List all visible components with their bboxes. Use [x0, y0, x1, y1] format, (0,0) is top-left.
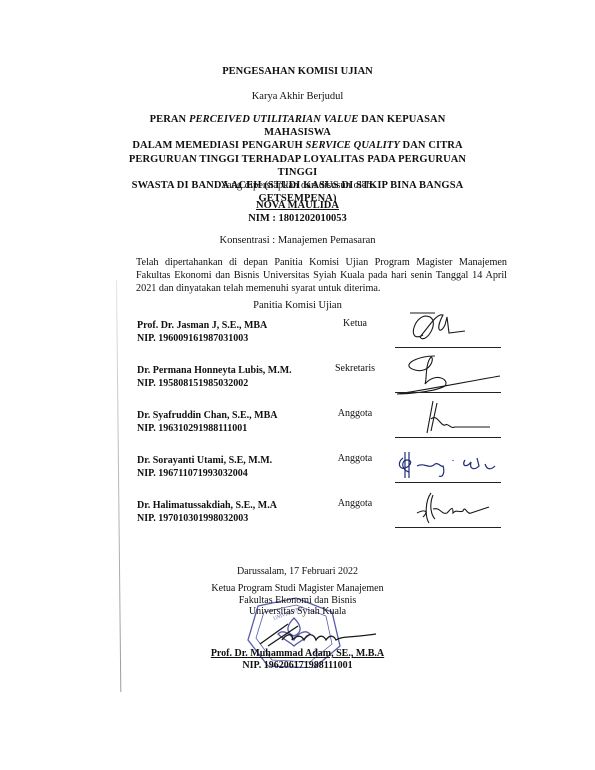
approver-nip: NIP. 196206171988111001 [0, 660, 595, 671]
member-nip: NIP. 196711071993032004 [137, 468, 272, 481]
thesis-title: PERAN PERCEIVED UTILITARIAN VALUE DAN KE… [115, 113, 480, 205]
committee-member: Dr. Syafruddin Chan, S.E., MBA NIP. 1963… [137, 410, 278, 435]
scan-artifact-line [116, 280, 121, 692]
approver-position-line-2: Fakultas Ekonomi dan Bisnis [0, 595, 595, 607]
signature-icon [395, 442, 505, 484]
prepared-by-label: Yang dipersiapkan dan disusun oleh: [0, 180, 595, 191]
page-title: PENGESAHAN KOMISI UJIAN [0, 66, 595, 77]
member-nip: NIP. 197010301998032003 [137, 513, 277, 526]
signature-icon [395, 354, 505, 396]
concentration: Konsentrasi : Manajemen Pemasaran [0, 235, 595, 246]
member-name: Dr. Syafruddin Chan, S.E., MBA [137, 410, 278, 423]
thesis-title-line-1: PERAN PERCEIVED UTILITARIAN VALUE DAN KE… [115, 113, 480, 139]
member-role: Anggota [320, 453, 390, 464]
signature-line [395, 527, 501, 528]
member-nip: NIP. 195808151985032002 [137, 378, 292, 391]
member-role: Sekretaris [320, 363, 390, 374]
signature-line [395, 392, 501, 393]
member-name: Prof. Dr. Jasman J, S.E., MBA [137, 320, 267, 333]
author-name: NOVA MAULIDA [0, 200, 595, 211]
approver-position-line-1: Ketua Program Studi Magister Manajemen [0, 583, 595, 595]
signature-line [395, 482, 501, 483]
page-subtitle: Karya Akhir Berjudul [0, 91, 595, 102]
member-role: Anggota [320, 408, 390, 419]
member-role: Anggota [320, 498, 390, 509]
thesis-title-line-3: PERGURUAN TINGGI TERHADAP LOYALITAS PADA… [115, 153, 480, 179]
author-nim: NIM : 1801202010053 [0, 213, 595, 224]
member-role: Ketua [320, 318, 390, 329]
member-name: Dr. Sorayanti Utami, S.E, M.M. [137, 455, 272, 468]
signature-icon [395, 397, 505, 439]
signature-icon [395, 487, 505, 529]
approval-statement: Telah dipertahankan di depan Panitia Kom… [136, 257, 507, 295]
signature-line [395, 437, 501, 438]
approver-position-line-3: Universitas Syiah Kuala [0, 606, 595, 618]
signature-line [395, 347, 501, 348]
approver-position: Ketua Program Studi Magister Manajemen F… [0, 583, 595, 618]
committee-member: Dr. Sorayanti Utami, S.E, M.M. NIP. 1967… [137, 455, 272, 480]
committee-member: Prof. Dr. Jasman J, S.E., MBA NIP. 19600… [137, 320, 267, 345]
committee-heading: Panitia Komisi Ujian [0, 300, 595, 311]
place-date: Darussalam, 17 Februari 2022 [0, 566, 595, 577]
member-nip: NIP. 196009161987031003 [137, 333, 267, 346]
committee-member: Dr. Permana Honneyta Lubis, M.M. NIP. 19… [137, 365, 292, 390]
member-name: Dr. Permana Honneyta Lubis, M.M. [137, 365, 292, 378]
thesis-title-line-2: DALAM MEMEDIASI PENGARUH SERVICE QUALITY… [115, 139, 480, 152]
signature-icon [258, 620, 378, 650]
member-nip: NIP. 196310291988111001 [137, 423, 278, 436]
approver-name: Prof. Dr. Muhammad Adam, SE., M.B.A [0, 648, 595, 659]
signature-icon [395, 305, 505, 347]
member-name: Dr. Halimatussakdiah, S.E., M.A [137, 500, 277, 513]
committee-member: Dr. Halimatussakdiah, S.E., M.A NIP. 197… [137, 500, 277, 525]
